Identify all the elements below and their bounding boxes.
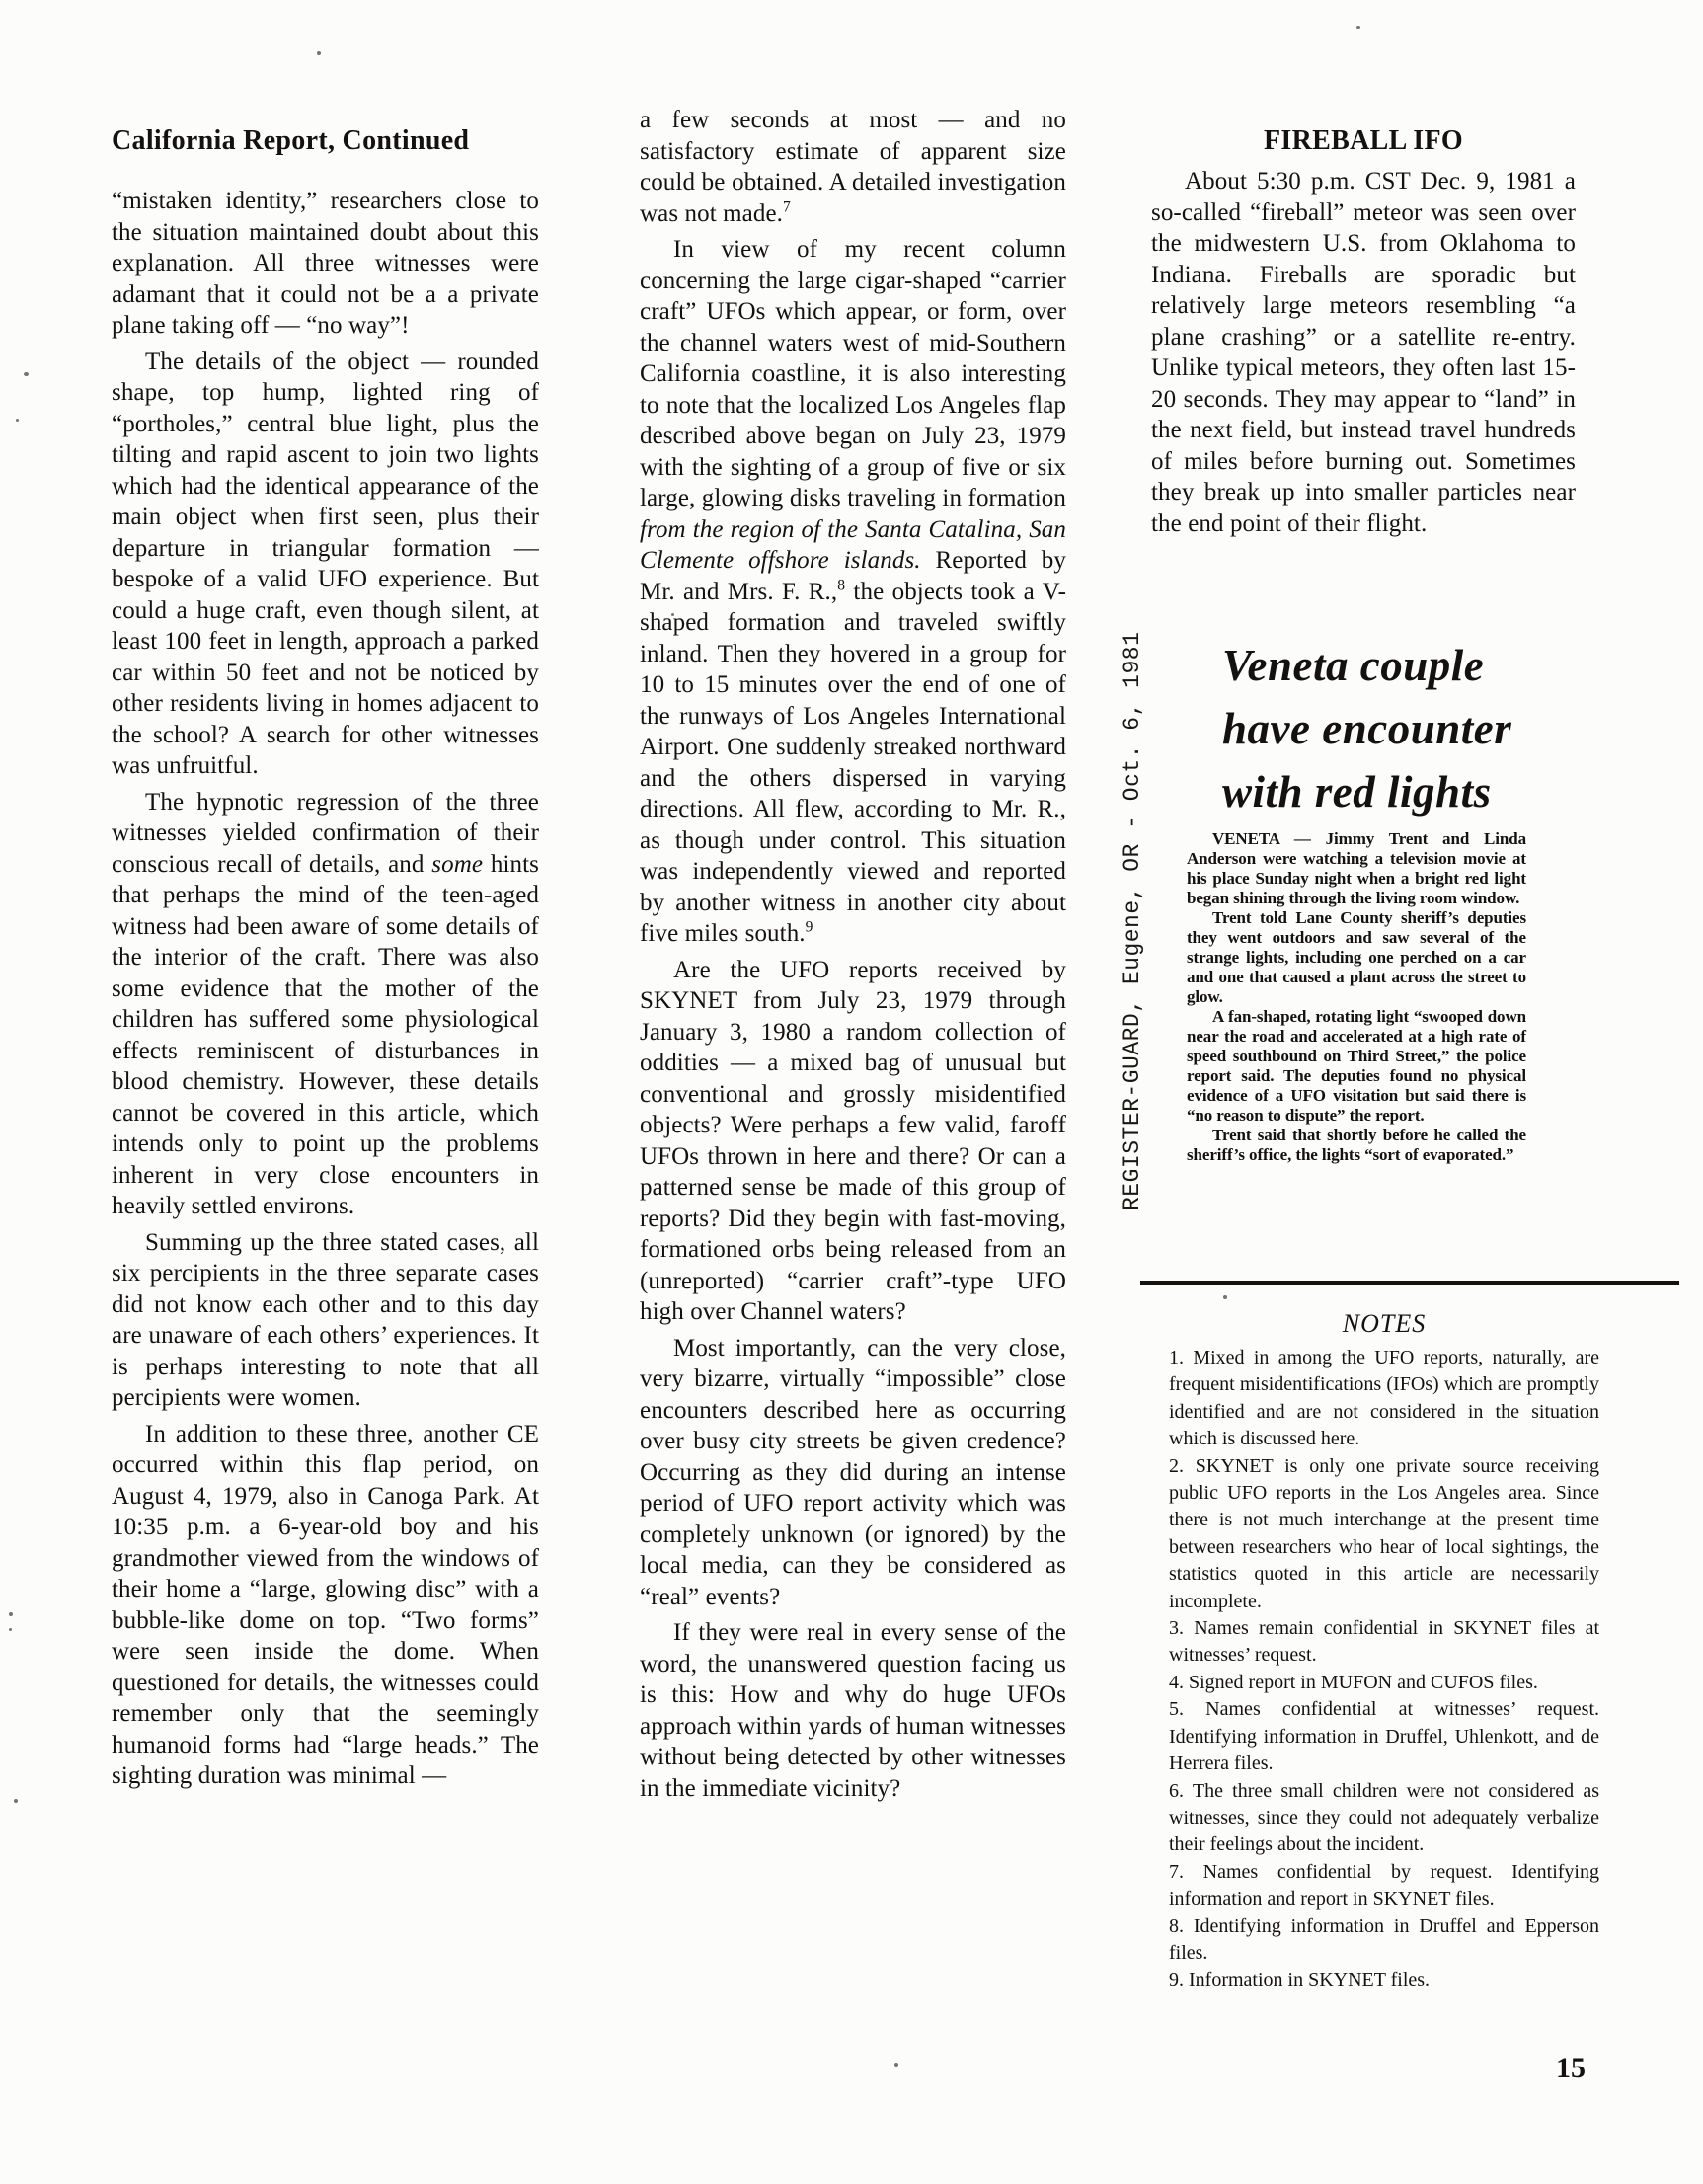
column-left: California Report, Continued “mistaken i… [112,124,539,1792]
paragraph: The details of the object — rounded shap… [112,347,539,782]
page-number: 15 [1556,2052,1586,2085]
paragraph: In addition to these three, another CE o… [112,1419,539,1792]
scan-speck [894,2063,898,2067]
paragraph: In view of my recent column concerning t… [640,234,1066,950]
clipping-headline-line-2: have encounter [1222,697,1568,760]
paragraph: a few seconds at most — and no satisfact… [640,105,1066,229]
scan-speck [9,1628,12,1631]
paragraph: “mistaken identity,” researchers close t… [112,186,539,342]
clipping-body: VENETA — Jimmy Trent and Linda Anderson … [1187,829,1526,1165]
notes-section: NOTES 1. Mixed in among the UFO reports,… [1169,1309,1599,1994]
magazine-page: California Report, Continued “mistaken i… [0,0,1703,2184]
scan-speck [24,372,29,376]
column-right: FIREBALL IFO About 5:30 p.m. CST Dec. 9,… [1151,124,1576,539]
paragraph: A fan-shaped, rotating light “swooped do… [1187,1007,1526,1126]
scan-speck [16,419,19,422]
clipping-headline: Veneta couple have encounter with red li… [1222,634,1568,823]
california-report-heading: California Report, Continued [112,124,539,158]
clipping-source-citation: REGISTER-GUARD, Eugene, OR - Oct. 6, 198… [1120,628,1145,1210]
clipping-headline-line-1: Veneta couple [1222,634,1568,697]
paragraph: If they were real in every sense of the … [640,1617,1066,1804]
paragraph: Are the UFO reports received by SKYNET f… [640,955,1066,1328]
paragraph: 9. Information in SKYNET files. [1169,1967,1599,1993]
column-left-body: “mistaken identity,” researchers close t… [112,186,539,1792]
paragraph: 2. SKYNET is only one private source rec… [1169,1453,1599,1615]
scan-speck [1223,1295,1227,1299]
scan-speck [671,613,674,616]
notes-list: 1. Mixed in among the UFO reports, natur… [1169,1345,1599,1994]
scan-speck [14,1799,18,1803]
footnote-marker: 9 [806,919,813,936]
paragraph: 3. Names remain confidential in SKYNET f… [1169,1615,1599,1670]
paragraph: Trent said that shortly before he called… [1187,1126,1526,1165]
scan-speck [317,51,321,55]
paragraph: 7. Names confidential by request. Identi… [1169,1859,1599,1913]
footnote-marker: 7 [783,198,791,215]
fireball-ifo-heading: FIREBALL IFO [1151,124,1576,158]
column-middle: a few seconds at most — and no satisfact… [640,105,1066,1804]
paragraph: The hypnotic regression of the three wit… [112,787,539,1222]
clipping-headline-line-3: with red lights [1222,760,1568,823]
paragraph: 6. The three small children were not con… [1169,1778,1599,1859]
paragraph: 1. Mixed in among the UFO reports, natur… [1169,1345,1599,1453]
paragraph: VENETA — Jimmy Trent and Linda Anderson … [1187,829,1526,908]
paragraph: 5. Names confidential at witnesses’ requ… [1169,1696,1599,1777]
scan-speck [9,1612,13,1616]
scan-speck [1356,26,1360,29]
notes-divider [1140,1281,1679,1285]
paragraph: 4. Signed report in MUFON and CUFOS file… [1169,1670,1599,1696]
paragraph: Most importantly, can the very close, ve… [640,1333,1066,1613]
paragraph: Summing up the three stated cases, all s… [112,1227,539,1414]
footnote-marker: 8 [837,577,845,593]
notes-heading: NOTES [1169,1309,1599,1339]
column-middle-body: a few seconds at most — and no satisfact… [640,105,1066,1804]
paragraph: About 5:30 p.m. CST Dec. 9, 1981 a so-ca… [1151,166,1576,539]
fireball-ifo-body: About 5:30 p.m. CST Dec. 9, 1981 a so-ca… [1151,166,1576,539]
paragraph: 8. Identifying information in Druffel an… [1169,1913,1599,1968]
paragraph: Trent told Lane County sheriff’s deputie… [1187,908,1526,1007]
